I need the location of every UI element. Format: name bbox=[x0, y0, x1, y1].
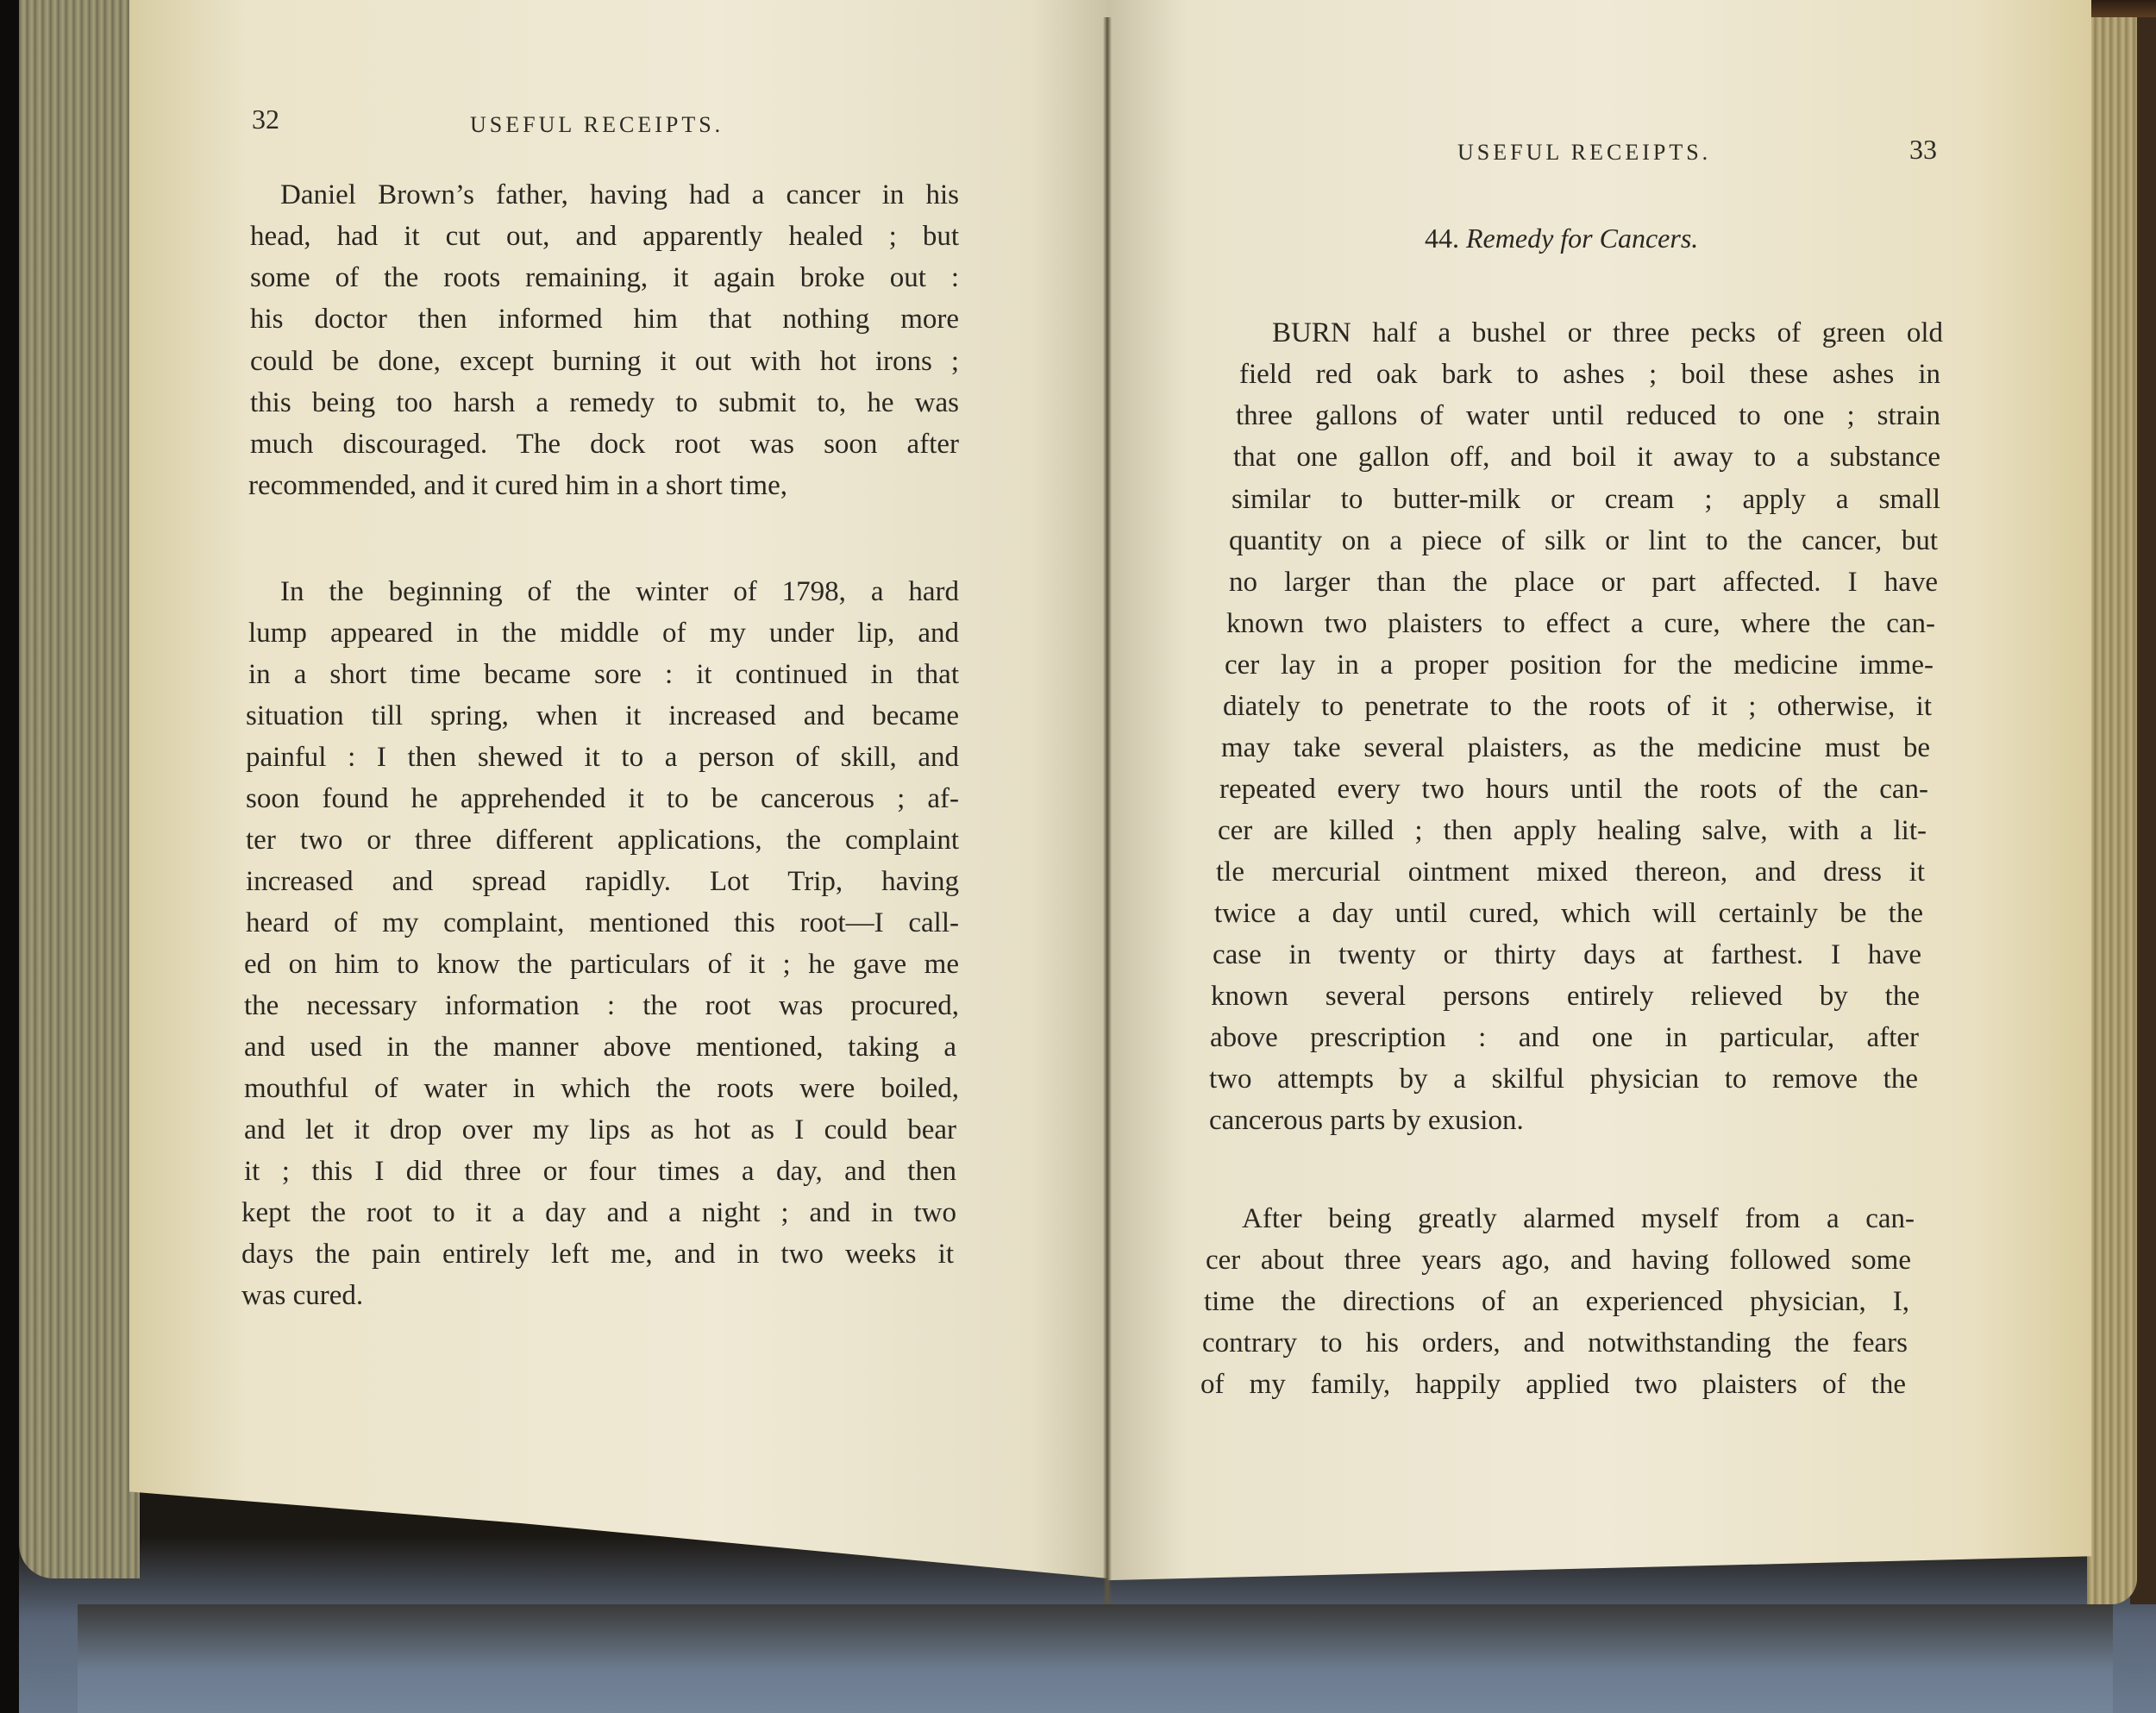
text-line: BURN half a bushel or three pecks of gre… bbox=[1272, 317, 1943, 349]
text-line: head, had it cut out, and apparently hea… bbox=[250, 221, 959, 253]
text-line: soon found he apprehended it to be cance… bbox=[246, 783, 959, 815]
text-line: tle mercurial ointment mixed thereon, an… bbox=[1216, 856, 1925, 888]
text-line: known several persons entirely relieved … bbox=[1211, 981, 1920, 1013]
text-line: the necessary information : the root was… bbox=[244, 990, 959, 1022]
text-line: recommended, and it cured him in a short… bbox=[248, 470, 930, 502]
page-number-left: 32 bbox=[252, 104, 279, 135]
text-line: repeated every two hours until the roots… bbox=[1219, 774, 1928, 806]
text-line: increased and spread rapidly. Lot Trip, … bbox=[246, 866, 959, 898]
text-line: similar to butter-milk or cream ; apply … bbox=[1232, 484, 1940, 516]
text-line: painful : I then shewed it to a person o… bbox=[246, 742, 959, 774]
section-number: 44. bbox=[1425, 223, 1459, 254]
text-line: ed on him to know the particulars of it … bbox=[244, 949, 959, 981]
text-line: mouthful of water in which the roots wer… bbox=[244, 1073, 959, 1105]
book-cover-left bbox=[0, 0, 19, 1713]
section-heading: Remedy for Cancers. bbox=[1466, 223, 1698, 254]
text-line: field red oak bark to ashes ; boil these… bbox=[1239, 359, 1940, 391]
scanner-bed bbox=[78, 1604, 2113, 1713]
text-line: lump appeared in the middle of my under … bbox=[248, 618, 959, 649]
text-line: it ; this I did three or four times a da… bbox=[244, 1156, 956, 1188]
text-line: much discouraged. The dock root was soon… bbox=[250, 429, 959, 461]
text-line: cer are killed ; then apply healing salv… bbox=[1218, 815, 1927, 847]
text-line: diately to penetrate to the roots of it … bbox=[1223, 691, 1932, 723]
text-line: and let it drop over my lips as hot as I… bbox=[244, 1114, 956, 1146]
text-line: may take several plaisters, as the medic… bbox=[1221, 732, 1930, 764]
text-line: some of the roots remaining, it again br… bbox=[250, 262, 959, 294]
text-line: cancerous parts by exusion. bbox=[1209, 1105, 1606, 1137]
page-number-right: 33 bbox=[1909, 134, 1937, 166]
text-line: two attempts by a skilful physician to r… bbox=[1209, 1064, 1918, 1095]
page-stack-right bbox=[2087, 0, 2137, 1604]
book-gutter bbox=[1103, 17, 1112, 1604]
text-line: quantity on a piece of silk or lint to t… bbox=[1229, 525, 1938, 557]
text-line: days the pain entirely left me, and in t… bbox=[241, 1239, 954, 1271]
text-line: that one gallon off, and boil it away to… bbox=[1233, 442, 1940, 474]
text-line: in a short time became sore : it continu… bbox=[248, 659, 959, 691]
text-line: heard of my complaint, mentioned this ro… bbox=[246, 907, 959, 939]
text-line: After being greatly alarmed myself from … bbox=[1242, 1203, 1915, 1235]
text-line: no larger than the place or part affecte… bbox=[1229, 567, 1938, 599]
text-line: above prescription : and one in particul… bbox=[1210, 1022, 1919, 1054]
running-head-right: USEFUL RECEIPTS. bbox=[1457, 140, 1711, 166]
text-line: this being too harsh a remedy to submit … bbox=[250, 387, 959, 419]
section-title: 44. Remedy for Cancers. bbox=[1425, 223, 1698, 254]
text-line: was cured. bbox=[241, 1280, 500, 1312]
text-line: case in twenty or thirty days at farthes… bbox=[1213, 939, 1921, 971]
text-line: Daniel Brown’s father, having had a canc… bbox=[280, 179, 959, 211]
text-line: time the directions of an experienced ph… bbox=[1204, 1286, 1909, 1318]
running-head-left: USEFUL RECEIPTS. bbox=[470, 112, 724, 138]
text-line: situation till spring, when it increased… bbox=[246, 700, 959, 732]
text-line: cer lay in a proper position for the med… bbox=[1225, 649, 1934, 681]
text-line: known two plaisters to effect a cure, wh… bbox=[1226, 608, 1935, 640]
text-line: cer about three years ago, and having fo… bbox=[1206, 1245, 1911, 1277]
text-line: twice a day until cured, which will cert… bbox=[1214, 898, 1923, 930]
text-line: three gallons of water until reduced to … bbox=[1236, 400, 1940, 432]
text-line: his doctor then informed him that nothin… bbox=[250, 304, 959, 336]
text-line: contrary to his orders, and notwithstand… bbox=[1202, 1327, 1908, 1359]
text-line: and used in the manner above mentioned, … bbox=[244, 1032, 956, 1064]
text-line: kept the root to it a day and a night ; … bbox=[241, 1197, 956, 1229]
text-line: ter two or three different applications,… bbox=[246, 825, 959, 856]
text-line: In the beginning of the winter of 1798, … bbox=[280, 576, 959, 608]
text-line: could be done, except burning it out wit… bbox=[250, 346, 959, 378]
page-stack-left bbox=[19, 0, 140, 1578]
text-line: of my family, happily applied two plaist… bbox=[1200, 1369, 1906, 1401]
